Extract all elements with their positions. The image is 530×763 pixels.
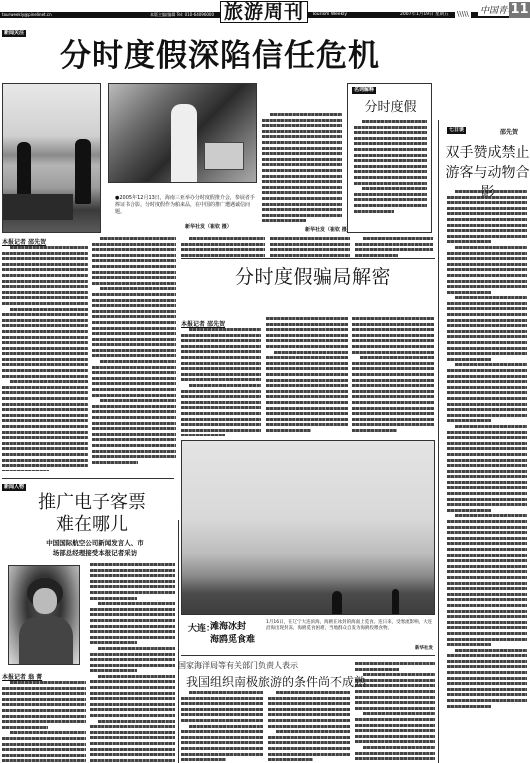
middle-body-col-3	[352, 317, 434, 436]
photo-feature-title-line-2: 海鸥觅食难	[210, 634, 270, 647]
section-tag-lead: 新闻关注	[2, 30, 26, 37]
masthead-title: 旅游周刊	[220, 1, 308, 23]
lead-body-col-2	[92, 237, 176, 471]
middle-body-col-2	[266, 317, 348, 436]
photo-feature-credit: 新华社发	[415, 645, 433, 651]
lead-body-col-3	[181, 237, 265, 257]
ticket-subhead-line-1: 中国国际航空公司新闻发言人、市	[20, 538, 170, 548]
antarctic-headline: 我国组织南极旅游的条件尚不成熟	[186, 673, 366, 690]
photo-interviewee-icon	[8, 565, 80, 665]
antarctic-body-col-2	[268, 691, 350, 763]
lead-headline: 分时度假深陷信任危机	[60, 38, 390, 74]
lead-body-col-1	[2, 246, 88, 471]
glossary-box: 名词解释 分时度假	[347, 83, 432, 233]
antarctic-body-col-1	[181, 691, 263, 763]
header-date: 2007年1月19日 星期五	[400, 12, 448, 18]
photo-seagulls-icon	[181, 440, 435, 615]
photo-golfers-icon	[2, 83, 101, 233]
award-photo-caption: ●2005年12月13日，海南三亚举办分时度假推介会，参展者手捧证书合影。分时度…	[115, 195, 255, 216]
glossary-tag: 名词解释	[352, 87, 376, 94]
photo-feature-title: 滩海冰封 海鸥觅食难	[210, 621, 270, 647]
ticket-headline-line-1: 推广电子客票	[32, 492, 152, 514]
right-column-tag: 七日谈	[447, 127, 466, 134]
antarctic-rule	[181, 655, 435, 656]
middle-byline: 本报记者 邵先贺	[181, 319, 225, 328]
page-number: 11	[509, 2, 530, 18]
column-divider-right	[438, 120, 439, 763]
header-email: tourweekly@pinelinet.cn	[2, 12, 52, 18]
ticket-subhead: 中国国际航空公司新闻发言人、市 场部总经理接受本报记者采访	[20, 538, 170, 558]
lead-intro-text	[262, 113, 342, 233]
lead-body-col-4	[270, 237, 350, 257]
ticket-story-rule	[2, 478, 174, 479]
column-divider-left	[178, 520, 179, 763]
middle-body-col-1	[181, 328, 261, 436]
header-english-title: Tourism Weekly	[312, 12, 347, 18]
middle-story-rule	[181, 258, 435, 259]
ticket-body-col-2	[90, 563, 175, 763]
right-column-author: 邵先贺	[500, 127, 518, 136]
lead-intro-credit: 新华社发（崔钦 摄）	[305, 226, 352, 233]
lead-byline: 本报记者 邵先贺	[2, 237, 46, 246]
header-editor-info: 本版主编/编辑 Tel: 010-64096000	[150, 12, 214, 18]
ticket-subhead-line-2: 场部总经理接受本报记者采访	[20, 548, 170, 558]
stripes-decoration-icon: \\\\\	[455, 10, 471, 18]
glossary-title: 分时度假	[348, 96, 433, 115]
antarctic-body-col-3	[355, 662, 435, 763]
right-column-text	[447, 190, 527, 763]
photo-feature-caption: 1月16日，在辽宁大连滨海，海鸥在冰封的海面上觅食。连日来，受寒流影响，大连沿海…	[266, 620, 436, 632]
glossary-text	[354, 120, 427, 230]
ticket-byline: 本报记者 翁 菁	[2, 672, 42, 681]
right-headline-line-1: 双手赞成禁止	[445, 143, 530, 163]
middle-headline: 分时度假骗局解密	[235, 262, 391, 289]
ticket-headline-line-2: 难在哪儿	[32, 514, 152, 536]
photo-feature-title-line-1: 滩海冰封	[210, 621, 270, 634]
ticket-headline: 推广电子客票 难在哪儿	[32, 492, 152, 536]
ticket-section-tag: 新闻人物	[2, 484, 26, 491]
antarctic-kicker: 国家海洋局等有关部门负责人表示	[178, 660, 298, 671]
lead-body-col-5	[355, 237, 433, 257]
photo-award-ceremony-icon	[108, 83, 257, 183]
ticket-body-col-1	[2, 681, 86, 763]
award-photo-credit: 新华社发（崔钦 摄）	[185, 223, 232, 230]
